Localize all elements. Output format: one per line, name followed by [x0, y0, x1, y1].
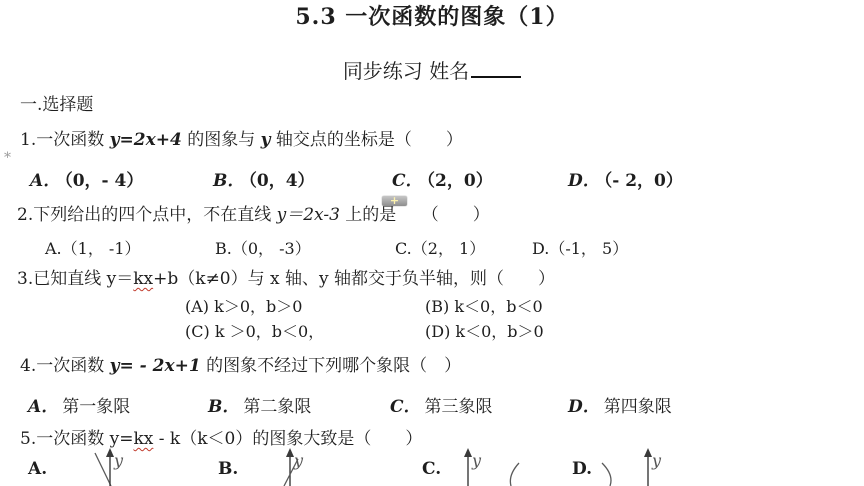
q3-option-d: (D) k＜0，b＞0 — [425, 322, 544, 342]
q4-tail: 的图象不经过下列哪个象限（ ） — [201, 356, 461, 376]
graph-d-line — [602, 463, 611, 486]
q3-eq-post: +b — [153, 269, 178, 289]
q4-pre: 4.一次函数 — [20, 356, 110, 376]
q4-option-b: B．第二象限 — [208, 397, 311, 418]
q4-option-b-text: 第二象限 — [243, 397, 311, 417]
q2-pre: 2.下列给出的四个点中，不在直线 — [17, 205, 277, 225]
plus-badge-button[interactable]: + — [382, 196, 407, 206]
q2-option-a: A.（1， -1） — [45, 239, 141, 259]
graph-a-y-label: y — [113, 451, 124, 470]
q2-option-a-letter: A. — [45, 239, 62, 258]
q4-option-a: A．第一象限 — [28, 397, 130, 418]
q4-equation: y= - 2x+1 — [110, 356, 201, 376]
q4-option-b-letter: B． — [208, 397, 239, 417]
q2-option-b-text: （0， -3） — [232, 239, 311, 258]
graph-d-y-label: y — [651, 451, 662, 470]
q4-option-a-letter: A． — [28, 397, 58, 417]
q1-var-y: y — [261, 130, 271, 150]
q1-option-a-letter: A． — [30, 171, 60, 191]
graph-b-y-label: y — [293, 451, 304, 470]
q2-option-d-letter: D. — [532, 239, 549, 258]
q2-option-a-text: （1， -1） — [62, 239, 141, 258]
q2-tail: 上的是 （ ） — [340, 205, 490, 225]
q4-option-c-letter: C． — [390, 397, 421, 417]
q2-option-c-letter: C. — [395, 239, 412, 258]
q4-option-a-text: 第一象限 — [62, 397, 130, 417]
q1-pre: 1.一次函数 — [20, 130, 110, 150]
section-heading: 一.选择题 — [20, 95, 93, 116]
q4-option-d: D．第四象限 — [568, 397, 672, 418]
graph-c-y-label: y — [471, 451, 482, 470]
q3-eq-pre: y＝ — [107, 269, 134, 289]
q1-option-d-letter: D． — [568, 171, 600, 191]
graph-a-arrowhead-icon — [106, 448, 114, 457]
q1-option-a: A．（0，- 4） — [30, 171, 143, 192]
q3-eq-kx: kx — [133, 269, 153, 289]
graph-b-arrowhead-icon — [286, 448, 294, 457]
page-title: 5.3 一次函数的图象（1） — [0, 4, 864, 32]
q1-option-c-text: （2，0） — [427, 171, 493, 191]
q4-option-d-letter: D． — [568, 397, 600, 417]
q3-option-b: (B) k＜0，b＜0 — [425, 297, 543, 317]
q1-option-d: D．（- 2，0） — [568, 171, 683, 192]
subtitle: 同步练习 姓名 — [0, 56, 864, 84]
q2-equation: y＝2x-3 — [277, 205, 340, 225]
q2-option-d: D.（-1， 5） — [532, 239, 628, 259]
q1-equation: y=2x+4 — [110, 130, 182, 150]
q1-option-c-letter: C． — [392, 171, 423, 191]
subtitle-text: 同步练习 姓名 — [343, 59, 469, 83]
q2-option-c: C.（2， 1） — [395, 239, 485, 259]
q1-mid: 的图象与 — [182, 130, 261, 150]
q5-answer-graphs: y y y y — [0, 446, 864, 486]
q3-option-c: (C) k ＞0，b＜0， — [185, 322, 324, 342]
q4-option-d-text: 第四象限 — [604, 397, 672, 417]
name-blank-underline — [471, 56, 521, 78]
question-2-stem: 2.下列给出的四个点中，不在直线 y＝2x-3 上的是 （ ） — [17, 205, 490, 226]
q1-tail: 轴交点的坐标是（ ） — [271, 130, 463, 150]
graph-a-line — [95, 453, 111, 486]
graph-d-arrowhead-icon — [644, 448, 652, 457]
q5-graph-a: y — [95, 448, 124, 486]
stray-scan-mark: * — [4, 150, 11, 166]
q2-option-b-letter: B. — [215, 239, 232, 258]
q1-option-b-text: （0，4） — [248, 171, 314, 191]
q5-graph-b: y — [284, 448, 304, 486]
q3-tail: （k≠0）与 x 轴、y 轴都交于负半轴，则（ ） — [178, 269, 555, 289]
q2-option-d-text: （-1， 5） — [549, 239, 628, 258]
q1-option-b: B．（0，4） — [213, 171, 315, 192]
q4-option-c: C．第三象限 — [390, 397, 493, 418]
q3-pre: 3.已知直线 — [17, 269, 107, 289]
q1-option-b-letter: B． — [213, 171, 244, 191]
q2-option-b: B.（0， -3） — [215, 239, 311, 259]
q4-option-c-text: 第三象限 — [425, 397, 493, 417]
q1-option-d-text: （- 2，0） — [604, 171, 683, 191]
q5-graph-d: y — [602, 448, 662, 486]
q1-option-a-text: （0，- 4） — [64, 171, 143, 191]
graph-c-line — [510, 463, 519, 486]
question-1-stem: 1.一次函数 y=2x+4 的图象与 y 轴交点的坐标是（ ） — [20, 130, 463, 151]
q1-option-c: C．（2，0） — [392, 171, 493, 192]
q5-graph-c: y — [464, 448, 519, 486]
worksheet-page: 5.3 一次函数的图象（1） 同步练习 姓名 一.选择题 1.一次函数 y=2x… — [0, 0, 864, 486]
graph-c-arrowhead-icon — [464, 448, 472, 457]
question-3-stem: 3.已知直线 y＝kx+b（k≠0）与 x 轴、y 轴都交于负半轴，则（ ） — [17, 269, 555, 290]
q2-option-c-text: （2， 1） — [412, 239, 485, 258]
question-4-stem: 4.一次函数 y= - 2x+1 的图象不经过下列哪个象限（ ） — [20, 356, 461, 377]
q3-option-a: (A) k＞0，b＞0 — [185, 297, 302, 317]
